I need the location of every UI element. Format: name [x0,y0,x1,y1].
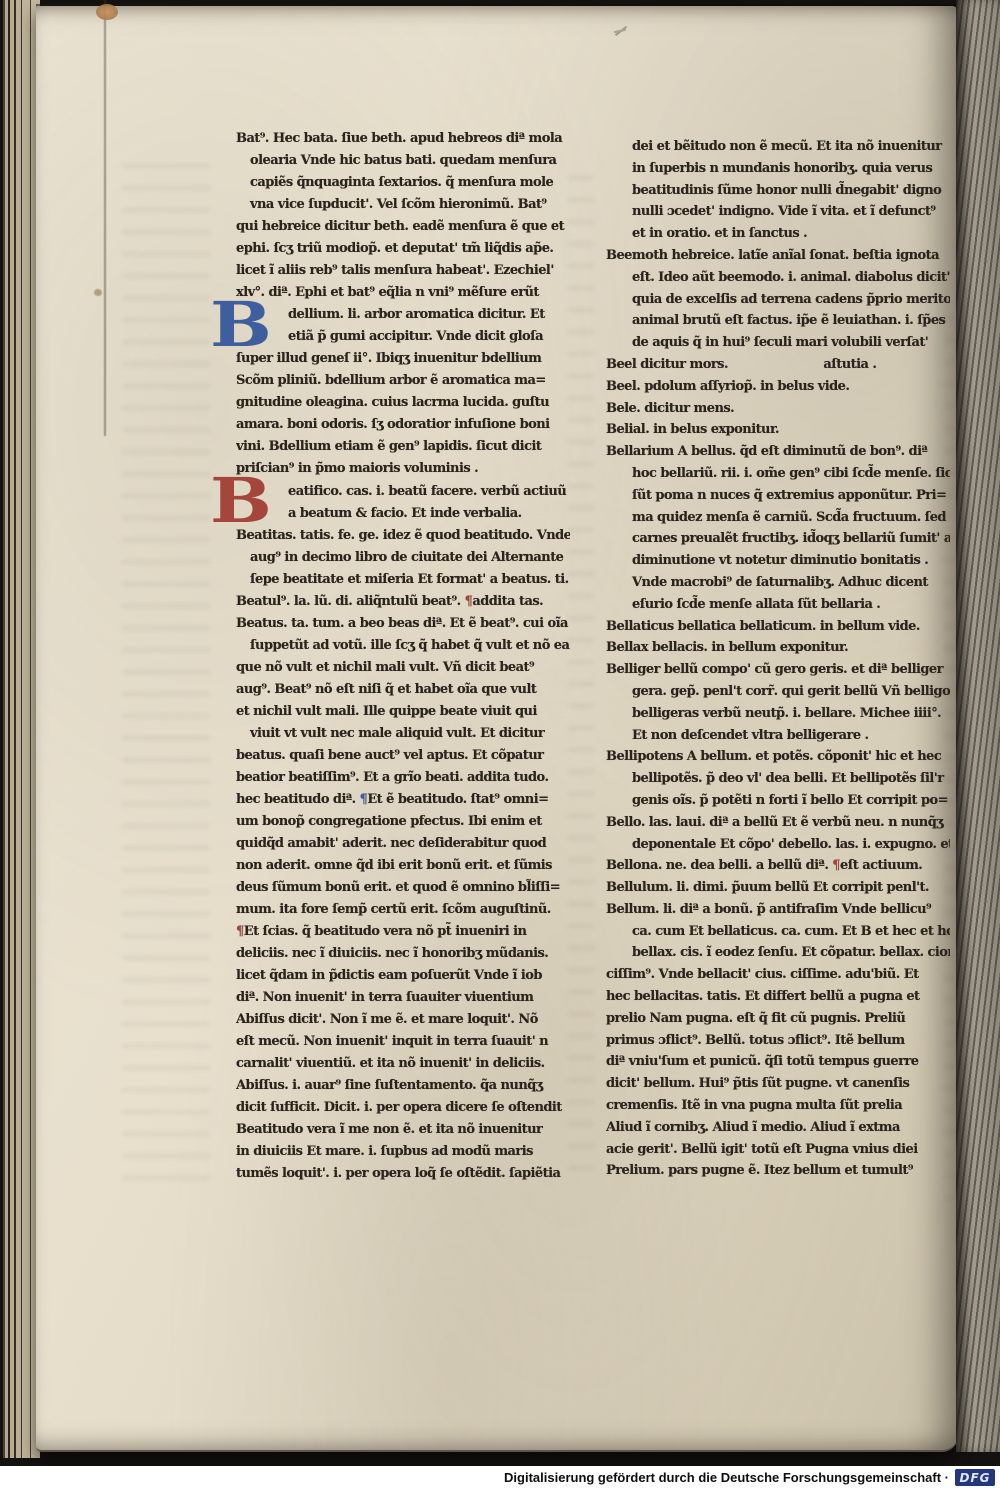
text-line: mum. ita fore ſemp̃ certũ erit. ſcõm aug… [236,899,570,921]
text-line: in ſuperbis n mundanis honoribʒ. quia ve… [606,158,950,180]
text-line: hec bellacitas. tatis. Et differt bellũ … [606,986,950,1008]
text-line: Bellum. li. diª a bonũ. p̃ antifraſim Vn… [606,899,950,921]
text-line: eſt. Ideo aũt beemodo. i. animal. diabol… [606,267,950,289]
text-line: Belliger bellũ compo' cũ gero geris. et … [606,659,950,681]
text-line: ma quidez menſa ẽ carniũ. Scd̃a fructuum… [606,507,950,529]
text-line: Bellona. ne. dea belli. a bellũ diª. ¶eſ… [606,855,950,877]
text-line: ¶Et ſcias. q̃ beatitudo vera nõ pt̃ inue… [236,921,570,943]
text-line: diª. Non inuenit' in terra ſuauiter viue… [236,987,570,1009]
text-line: beatitudinis ſũme honor nulli d̃negabit'… [606,180,950,202]
text-line: vini. Bdellium etiam ẽ gen⁹ lapidis. ſic… [236,436,570,458]
text-line: Bello. las. laui. diª a bellũ Et ẽ verbũ… [606,812,950,834]
text-line: prelio Nam pugna. eſt q̃ fit cũ pugnis. … [606,1008,950,1030]
text-line: aug⁹. Beat⁹ nõ eſt niſi q̃ et habet oĩa … [236,679,570,701]
text-line: carnalit' viuentiũ. et ita nõ inuenit' i… [236,1053,570,1075]
text-column-right: dei et bẽitudo non ẽ mecũ. Et ita nõ inu… [606,136,950,1182]
text-line: viuit vt vult nec male aliquid vult. Et … [236,723,570,745]
text-line: dicit' bellum. Hui⁹ p̃tis ſũt pugne. vt … [606,1073,950,1095]
stain [94,289,102,296]
text-line: primus ɔflict⁹. Bellũ. totus ɔflict⁹. It… [606,1030,950,1052]
text-line: Beatul⁹. la. lũ. di. aliq̃ntulũ beat⁹. ¶… [236,591,570,613]
stain [96,4,118,20]
text-line: amara. boni odoris. ſʒ odoratior infuſio… [236,414,570,436]
text-line: Bellarium A bellus. q̃d eſt diminutũ de … [606,441,950,463]
dfg-credit-text: Digitalisierung gefördert durch die Deut… [504,1470,949,1485]
text-line: in diuiciis Et mare. i. ſupbus ad modũ m… [236,1141,570,1163]
text-line: ciſſim⁹. Vnde bellacit' cius. ciſſime. a… [606,964,950,986]
gutter-facing-page [956,0,1000,1452]
text-line: Beatitudo vera ĩ me non ẽ. et ita nõ inu… [236,1119,570,1141]
text-line: Beemoth hebreice. latĩe anĩal ſonat. beſ… [606,245,950,267]
text-line: diª vniu'ſum et punicũ. q̃ſi totũ tempus… [606,1051,950,1073]
text-line: carnes preualẽt fructibʒ. id̃oqʒ bellari… [606,528,950,550]
text-line: bellipotẽs. p̃ deo vl' dea belli. Et bel… [606,768,950,790]
text-line: Et non deſcendet vltra belligerare . [606,725,950,747]
text-line: Prelium. pars pugne ẽ. Itez bellum et tu… [606,1160,950,1182]
lombardic-initial-beatifico: B [210,473,272,529]
text-line: Bele. dicitur mens. [606,398,950,420]
text-line: Scõm pliniũ. bdellium arbor ẽ aromatica … [236,370,570,392]
text-line: gnitudine oleagina. cuius lacrma lucida.… [236,392,570,414]
text-line: Beel dicitur mors. aſtutia . [606,354,950,376]
text-line: Vnde macrobi⁹ de ſaturnalibʒ. Adhuc dice… [606,572,950,594]
text-line: hec beatitudo diª. ¶Et ẽ beatitudo. ſtat… [236,789,570,811]
underleaf-edge-line [104,0,106,436]
text-line: hoc bellariũ. rii. i. om̃e gen⁹ cibi ſcd… [606,463,950,485]
text-line: beatus. quaſi bene auct⁹ vel aptus. Et c… [236,745,570,767]
text-line: aug⁹ in decimo libro de ciuitate dei Alt… [236,547,570,569]
text-line: Belial. in belus exponitur. [606,419,950,441]
text-line: capiẽs q̃nquaginta ſextarios. q̃ menſura… [236,172,570,194]
text-line: non aderit. omne q̃d ibi erit bonũ erit.… [236,855,570,877]
text-line: eatifico. cas. i. beatũ facere. verbũ ac… [236,481,570,503]
text-line: animal brutũ eſt factus. ip̃e ẽ leuiatha… [606,310,950,332]
text-line: ſuppetũt ad votũ. ille ſcʒ q̃ habet q̃ v… [236,635,570,657]
text-line: vna vice ſupducit'. Vel ſcõm hieronimũ. … [236,194,570,216]
text-line: Abiſſus dicit'. Non ĩ me ẽ. et mare loqu… [236,1009,570,1031]
text-line: dellium. li. arbor aromatica dicitur. Et [236,304,570,326]
text-line: Bellaticus bellatica bellaticum. in bell… [606,616,950,638]
text-line: Beatus. ta. tum. a beo beas diª. Et ẽ be… [236,613,570,635]
text-line: um bonop̃ congregatione pfectus. Ibi eni… [236,811,570,833]
text-line: eſt mecũ. Non inuenit' inquit in terra ſ… [236,1031,570,1053]
page-edges-left [0,0,40,1458]
text-line: ephi. ſcʒ triũ modiop̃. et deputat' tm̃ … [236,238,570,260]
lombardic-initial-bdellium: B [210,297,272,353]
text-line: acie gerit'. Bellũ igit' totũ eſt Pugna … [606,1139,950,1161]
text-line: dei et bẽitudo non ẽ mecũ. Et ita nõ inu… [606,136,950,158]
text-line: quia de excelſis ad terrena cadens p̃pri… [606,289,950,311]
dfg-credit-banner: Digitalisierung gefördert durch die Deut… [0,1466,1000,1489]
text-line: deus ſũmum bonũ erit. et quod ẽ omnino b… [236,877,570,899]
text-line: belligeras verbũ neutp̃. i. bellare. Mic… [606,703,950,725]
text-line: xlv°. diª. Ephi et bat⁹ eq̃lia n vni⁹ mẽ… [236,282,570,304]
text-line: et nichil vult mali. Ille quippe beate v… [236,701,570,723]
text-line: Beel. pdolum aſſyriop̃. in belus vide. [606,376,950,398]
text-line: quidq̃d amabit' aderit. nec deſiderabitu… [236,833,570,855]
text-line: Beatitas. tatis. fe. ge. idez ẽ quod bea… [236,525,570,547]
text-line: Bellulum. li. dimi. p̃uum bellũ Et corri… [606,877,950,899]
text-line: licet q̃dam in p̃dictis eam poſuerũt Vnd… [236,965,570,987]
text-line: gera. gep̃. penl't corr̃. qui gerit bell… [606,681,950,703]
handwritten-mark [612,24,630,38]
text-line: bellax. cis. ĩ eodez ſenſu. Et cõpatur. … [606,942,950,964]
text-line: et in oratio. et in ſanctus . [606,223,950,245]
digitized-book-photo: Bat⁹. Hec bata. ſiue beth. apud hebreos … [0,0,1000,1489]
text-line: Abiſſus. i. auar⁹ ſine ſuſtentamento. q̃… [236,1075,570,1097]
text-line: beatior beatiſſim⁹. Et a grĩo beati. add… [236,767,570,789]
text-line: ſepe beatitate et miſeria Et format' a b… [236,569,570,591]
text-line: Bat⁹. Hec bata. ſiue beth. apud hebreos … [236,128,570,150]
text-line: ca. cum Et bellaticus. ca. cum. Et B et … [606,921,950,943]
text-line: priſcian⁹ in p̃mo maioris voluminis . [236,458,570,480]
text-line: deponentale Et cõpo' debello. las. i. ex… [606,834,950,856]
text-line: de aquis q̃ in hui⁹ ſeculi mari volubili… [606,332,950,354]
text-line: deliciis. nec ĩ diuiciis. nec ĩ honoribʒ… [236,943,570,965]
text-line: tumẽs loquit'. i. per opera loq̃ ſe oſtẽ… [236,1163,570,1185]
ink-showthrough [122,150,210,1180]
dfg-logo: DFG [955,1469,995,1486]
text-line: genis oĩs. p̃ potẽti n forti ĩ bello Et … [606,790,950,812]
text-line: licet ĩ aliis reb⁹ talis menſura habeat'… [236,260,570,282]
text-line: olearia Vnde hic batus bati. quedam menſ… [236,150,570,172]
text-line: a beatum & facio. Et inde verbalia. [236,503,570,525]
text-line: ſũt poma n nuces q̃ extremius apponũtur.… [606,485,950,507]
text-line: diminutione vt notetur diminutio bonitat… [606,550,950,572]
text-line: qui hebreice dicitur beth. eadẽ menſura … [236,216,570,238]
text-line: etiã p̃ gumi accipitur. Vnde dicit gloſa [236,326,570,348]
text-line: Bellax bellacis. in bellum exponitur. [606,637,950,659]
text-line: que nõ vult et nichil mali vult. Vñ dici… [236,657,570,679]
text-line: dicit ſufficit. Dicit. i. per opera dice… [236,1097,570,1119]
text-line: eſurio ſcd̃e menſe allata ſũt bellaria . [606,594,950,616]
text-line: Aliud ĩ cornibʒ. Aliud ĩ medio. Aliud ĩ … [606,1117,950,1139]
text-line: ſuper illud geneſ ii°. Ibiqʒ inuenitur b… [236,348,570,370]
text-line: Bellipotens A bellum. et potẽs. cõponit'… [606,746,950,768]
ink-showthrough [568,160,594,1170]
text-line: cremenſis. Itẽ in vna pugna multa ſũt pr… [606,1095,950,1117]
text-column-left: Bat⁹. Hec bata. ſiue beth. apud hebreos … [236,128,570,1186]
text-line: nulli ɔcedet' indigno. Vide ĩ vita. et ĩ… [606,201,950,223]
